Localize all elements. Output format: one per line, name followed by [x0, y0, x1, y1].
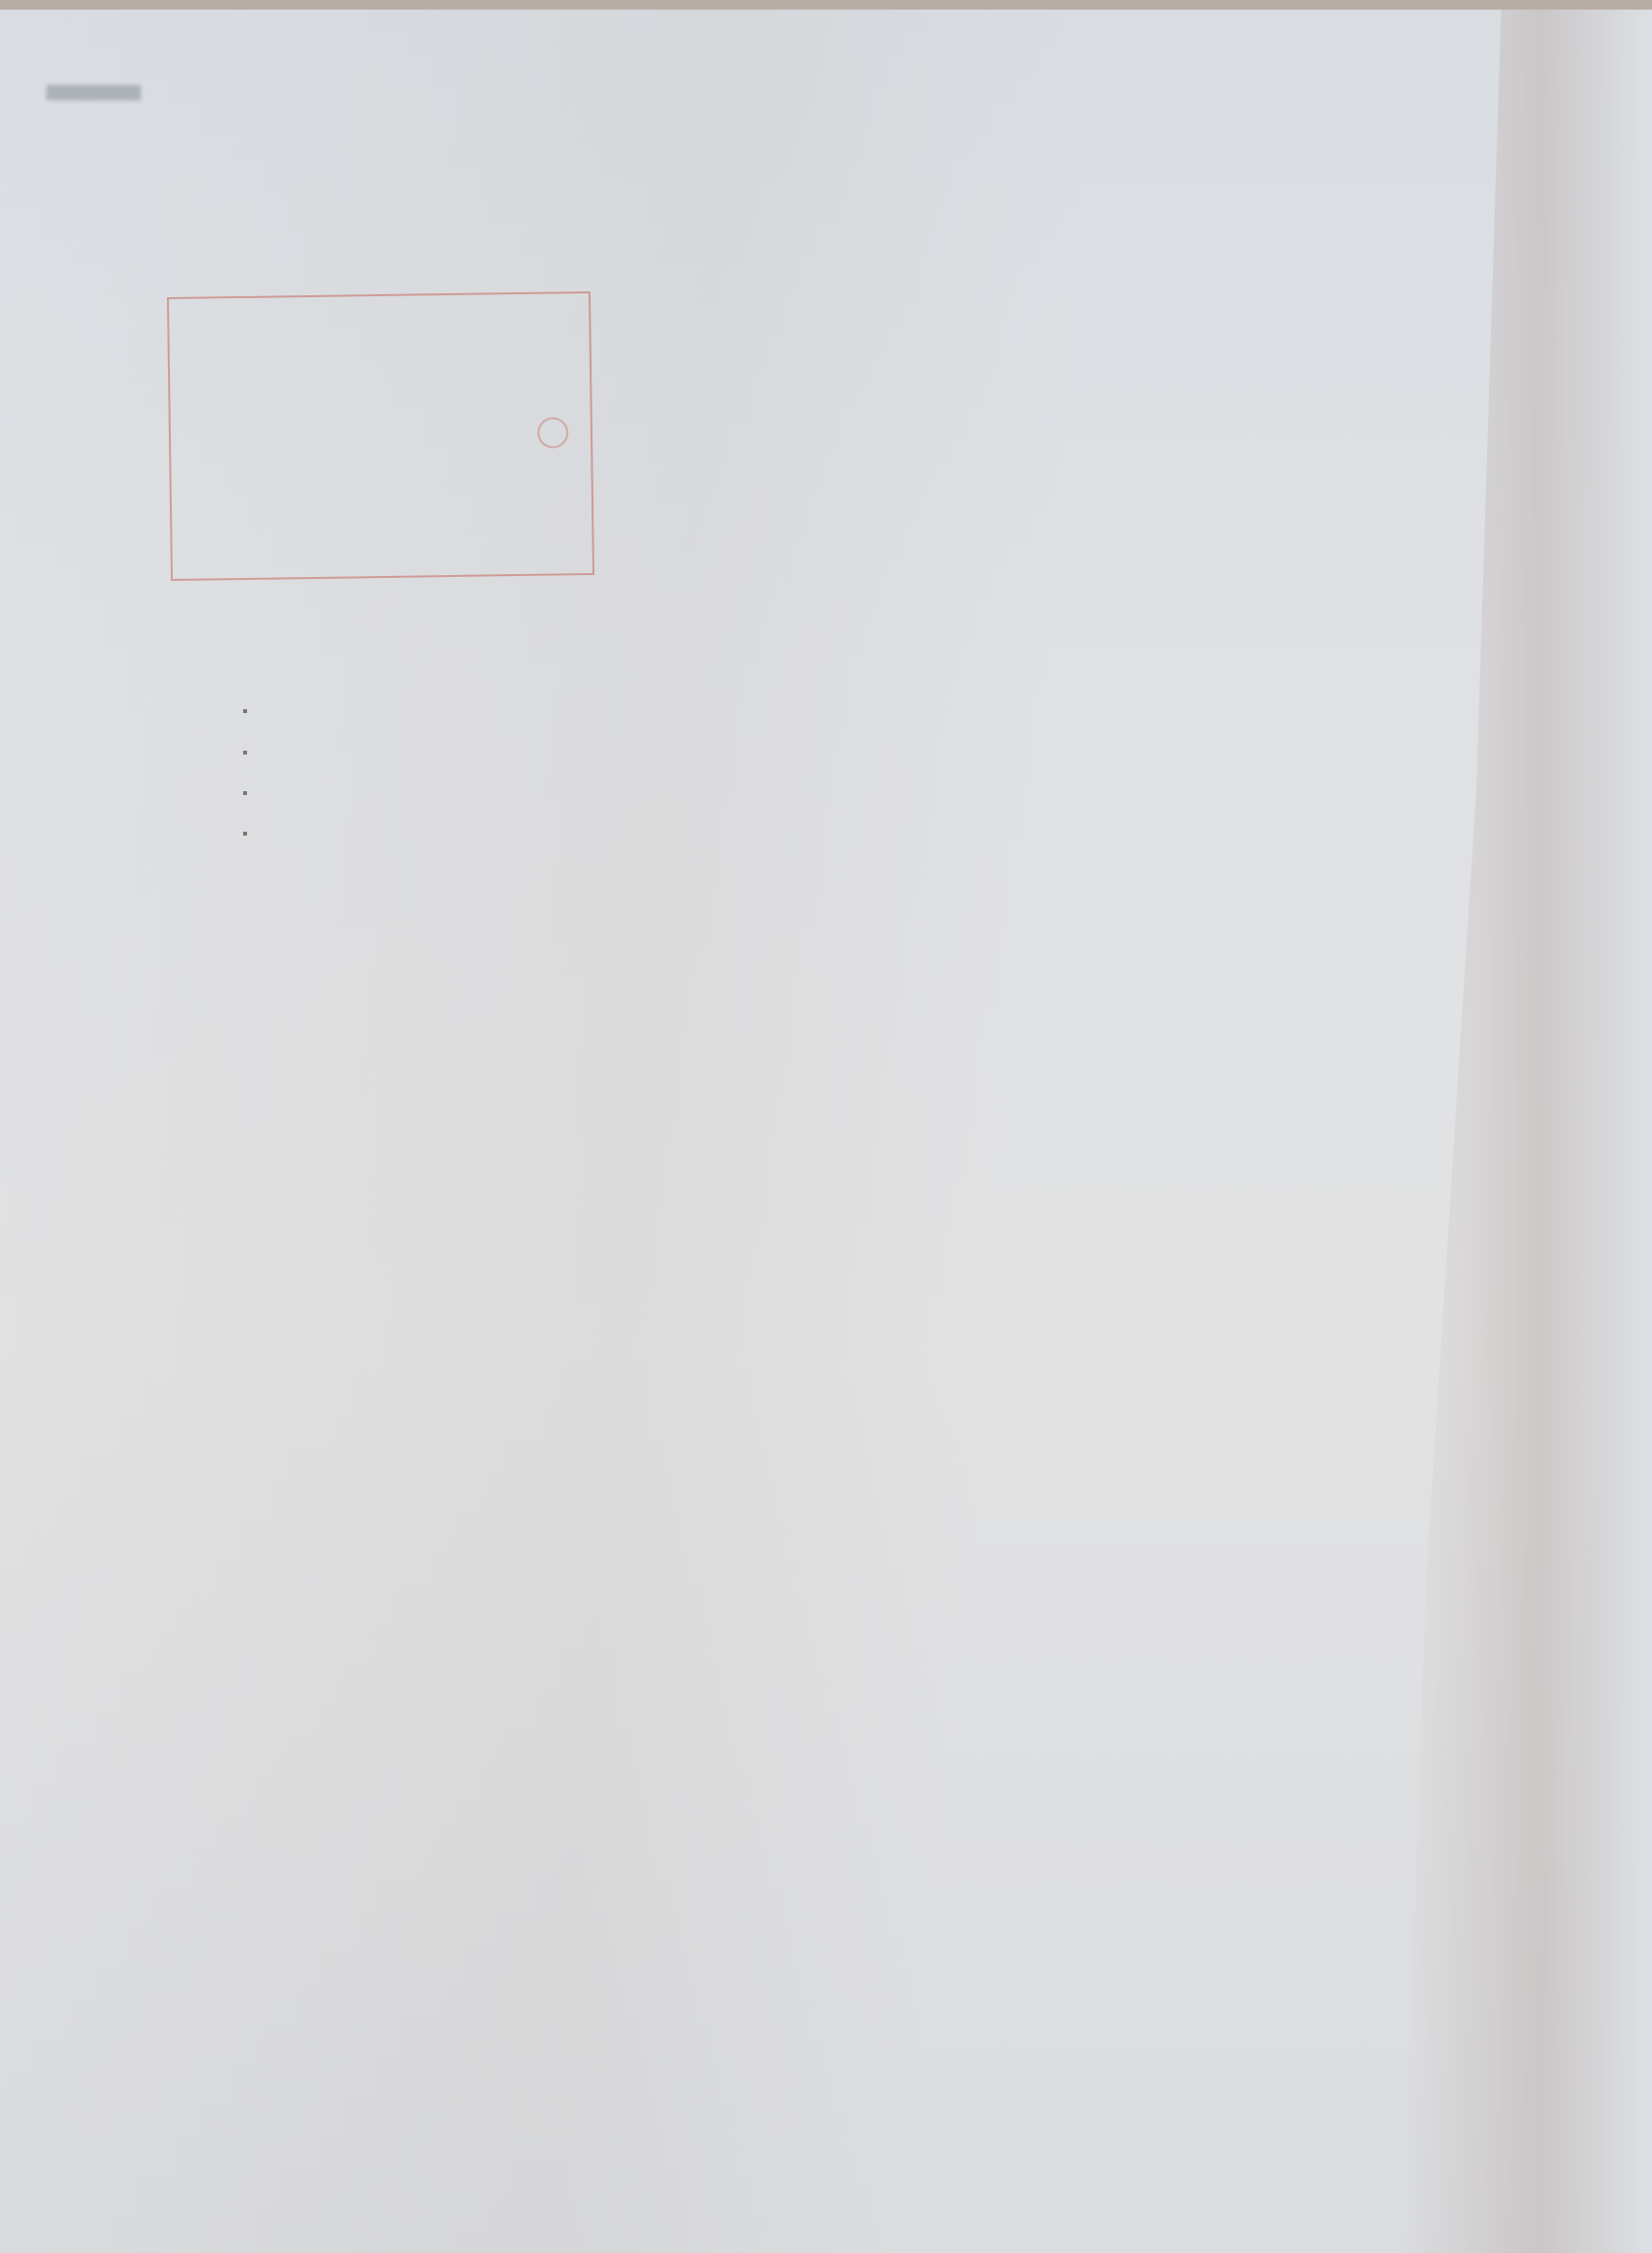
- bullet: [243, 791, 247, 795]
- bullet: [243, 832, 247, 836]
- tape-mark: [46, 85, 141, 100]
- background-edge: [0, 0, 1652, 10]
- bullet: [243, 709, 247, 713]
- bullet: [243, 751, 247, 755]
- registry-stamp: [167, 291, 594, 581]
- stamp-circle-mark: [537, 417, 568, 448]
